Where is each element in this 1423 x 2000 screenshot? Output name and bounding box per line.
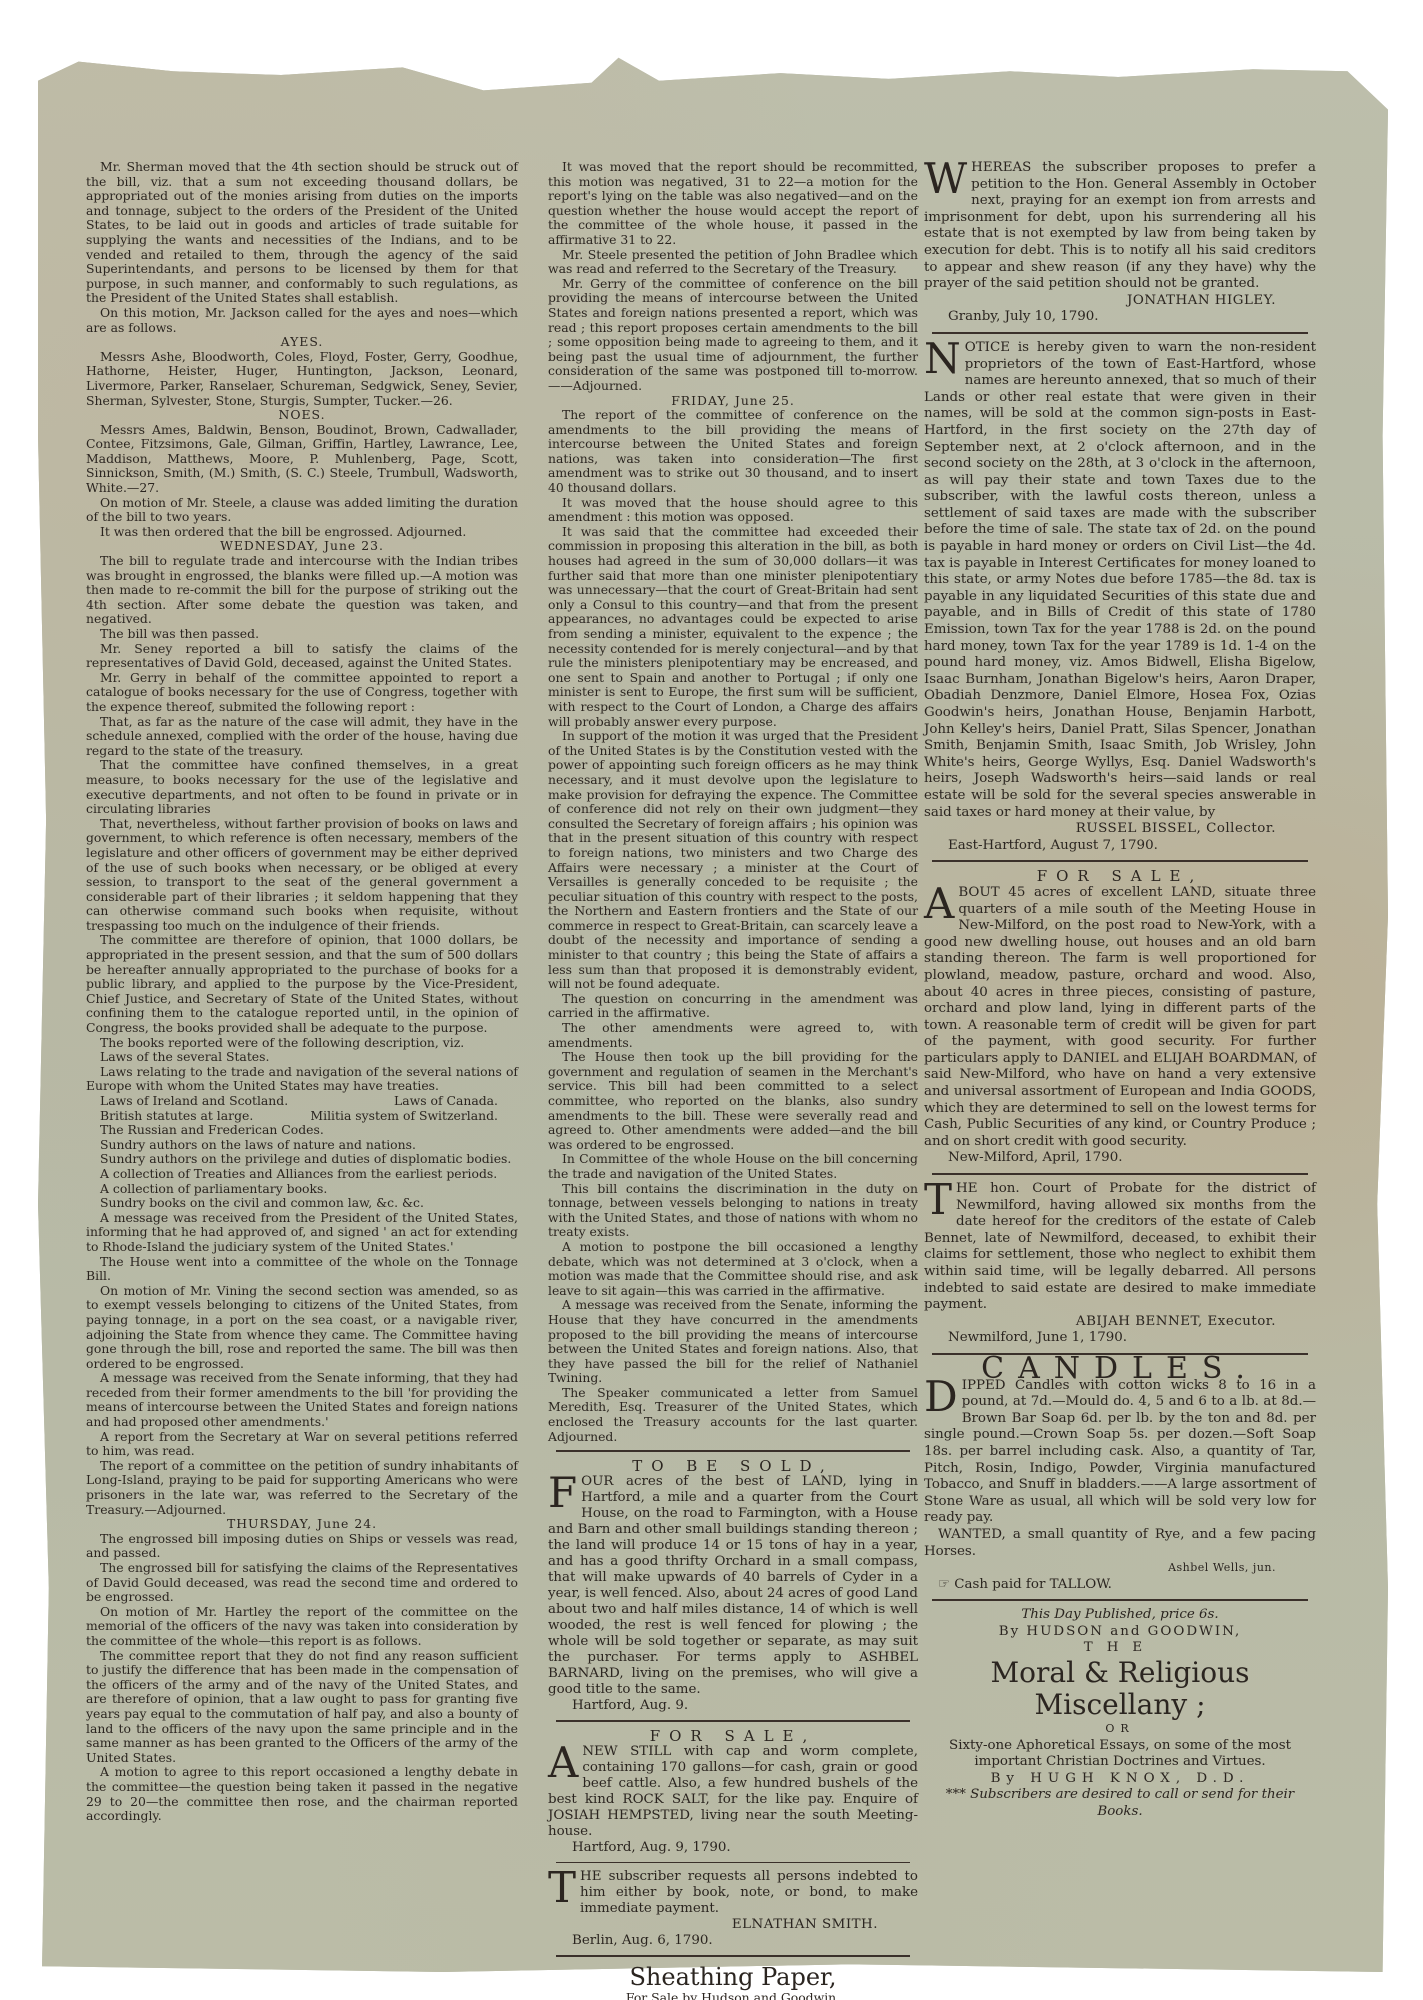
paragraph: The bill was then passed. — [86, 627, 518, 642]
ad-article: THE — [924, 1640, 1316, 1657]
paragraph: A message was received from the Presiden… — [86, 1211, 518, 1255]
ad-body: OUR acres of the best of LAND, lying in … — [548, 1474, 918, 1697]
book-item: Sundry books on the civil and common law… — [86, 1196, 518, 1211]
paragraph: Mr. Gerry of the committee of conference… — [548, 277, 918, 394]
ayes-list: Messrs Ashe, Bloodworth, Coles, Floyd, F… — [86, 350, 518, 408]
paragraph: The report of the committee of conferenc… — [548, 408, 918, 496]
book-item: Laws of the several States. — [86, 1050, 518, 1065]
paragraph: The engrossed bill for satisfying the cl… — [86, 1561, 518, 1605]
drop-cap: T — [548, 1871, 576, 1905]
divider — [932, 1599, 1308, 1601]
divider — [932, 1173, 1308, 1175]
book-item: Sundry authors on the laws of nature and… — [86, 1138, 518, 1153]
ad-body: IPPED Candles with cotton wicks 8 to 16 … — [924, 1378, 1316, 1526]
paragraph: That the committee have confined themsel… — [86, 758, 518, 816]
paragraph: The bill to regulate trade and intercour… — [86, 554, 518, 627]
ad-dateline: Berlin, Aug. 6, 1790. — [548, 1933, 918, 1949]
book-item: British statutes at large. — [100, 1109, 253, 1124]
ad-or: OR — [924, 1721, 1316, 1738]
paragraph: On motion of Mr. Steele, a clause was ad… — [86, 496, 518, 525]
paragraph: The committee report that they do not fi… — [86, 1649, 518, 1766]
ad-announcement: This Day Published, price 6s. — [924, 1607, 1316, 1624]
book-title: Moral & Religious Miscellany ; — [924, 1657, 1316, 1721]
paragraph: The House then took up the bill providin… — [548, 1050, 918, 1152]
ad-subheading: For Sale by Hudson and Goodwin. — [548, 1991, 918, 2000]
date-heading-thursday: THURSDAY, June 24. — [86, 1517, 518, 1532]
ad-heading: FOR SALE, — [548, 1728, 918, 1744]
ad-still-for-sale: FOR SALE, ANEW STILL with cap and worm c… — [548, 1728, 918, 1856]
date-heading-wednesday: WEDNESDAY, June 23. — [86, 539, 518, 554]
ad-sheathing-paper: Sheathing Paper, For Sale by Hudson and … — [548, 1963, 918, 2000]
paragraph: The engrossed bill imposing duties on Sh… — [86, 1532, 518, 1561]
drop-cap: A — [548, 1746, 578, 1780]
ad-tax-notice: NOTICE is hereby given to warn the non-r… — [924, 340, 1316, 854]
ad-wanted: WANTED, a small quantity of Rye, and a f… — [924, 1527, 1316, 1560]
book-item: A collection of Treaties and Alliances f… — [86, 1167, 518, 1182]
ad-heading: TO BE SOLD, — [548, 1458, 918, 1474]
ad-dateline: East-Hartford, August 7, 1790. — [924, 838, 1316, 855]
paragraph: In Committee of the whole House on the b… — [548, 1152, 918, 1181]
paragraph: Mr. Steele presented the petition of Joh… — [548, 248, 918, 277]
ad-book-publication: This Day Published, price 6s. By HUDSON … — [924, 1607, 1316, 1820]
ad-debt-notice: THE subscriber requests all persons inde… — [548, 1869, 918, 1949]
paragraph: This bill contains the discrimination in… — [548, 1182, 918, 1240]
ad-body-wrapper: WHEREAS the subscriber proposes to prefe… — [924, 160, 1316, 293]
ad-body-wrapper: DIPPED Candles with cotton wicks 8 to 16… — [924, 1378, 1316, 1527]
column-advertisements: WHEREAS the subscriber proposes to prefe… — [924, 160, 1316, 1821]
book-subtitle: Sixty-one Aphoretical Essays, on some of… — [924, 1738, 1316, 1771]
ad-tallow-line: ☞ Cash paid for TALLOW. — [924, 1577, 1316, 1594]
drop-cap: A — [924, 887, 954, 921]
paragraph: It was moved that the house should agree… — [548, 496, 918, 525]
book-list-intro: The books reported were of the following… — [86, 1036, 518, 1051]
ad-petition-higley: WHEREAS the subscriber proposes to prefe… — [924, 160, 1316, 326]
book-list: The books reported were of the following… — [86, 1036, 518, 1211]
book-item: Laws of Canada. — [394, 1094, 498, 1109]
divider — [556, 1862, 910, 1863]
drop-cap: F — [548, 1476, 577, 1510]
drop-cap: N — [924, 342, 961, 376]
column-congress-proceedings-1: Mr. Sherman moved that the 4th section s… — [86, 160, 518, 1824]
ad-signature: JONATHAN HIGLEY. — [924, 293, 1316, 310]
date-heading-friday: FRIDAY, June 25. — [548, 394, 918, 409]
paragraph: It was then ordered that the bill be eng… — [86, 525, 518, 540]
paragraph: A message was received from the Senate i… — [86, 1371, 518, 1429]
paragraph: It was said that the committee had excee… — [548, 525, 918, 729]
paragraph: Mr. Seney reported a bill to satisfy the… — [86, 642, 518, 671]
ad-body: NEW STILL with cap and worm complete, co… — [548, 1744, 918, 1839]
ad-heading: FOR SALE, — [924, 868, 1316, 885]
paragraph: A report from the Secretary at War on se… — [86, 1430, 518, 1459]
paragraph: The other amendments were agreed to, wit… — [548, 1021, 918, 1050]
ad-body-wrapper: NOTICE is hereby given to warn the non-r… — [924, 340, 1316, 821]
divider — [932, 332, 1308, 334]
divider — [556, 1955, 910, 1957]
divider — [932, 860, 1308, 862]
ad-dateline: Hartford, Aug. 9. — [548, 1698, 918, 1714]
paragraph: A motion to postpone the bill occasioned… — [548, 1240, 918, 1298]
ad-dateline: Newmilford, June 1, 1790. — [924, 1330, 1316, 1347]
ad-heading: Sheathing Paper, — [548, 1963, 918, 1991]
ad-body-wrapper: ANEW STILL with cap and worm complete, c… — [548, 1744, 918, 1840]
paragraph: On this motion, Mr. Jackson called for t… — [86, 306, 518, 335]
ad-body-wrapper: ABOUT 45 acres of excellent LAND, situat… — [924, 885, 1316, 1151]
noes-heading: NOES. — [86, 408, 518, 423]
ad-body: OTICE is hereby given to warn the non-re… — [924, 340, 1316, 820]
book-item-pair: British statutes at large. Militia syste… — [86, 1109, 518, 1124]
ad-body-wrapper: THE subscriber requests all persons inde… — [548, 1869, 918, 1917]
paragraph: On motion of Mr. Hartley the report of t… — [86, 1605, 518, 1649]
paragraph: Mr. Sherman moved that the 4th section s… — [86, 160, 518, 306]
ad-signature: Ashbel Wells, jun. — [924, 1560, 1316, 1577]
ad-boardman-land: FOR SALE, ABOUT 45 acres of excellent LA… — [924, 868, 1316, 1167]
paragraph: On motion of Mr. Vining the second secti… — [86, 1284, 518, 1372]
ad-dateline: Granby, July 10, 1790. — [924, 309, 1316, 326]
paragraph: The House went into a committee of the w… — [86, 1255, 518, 1284]
paragraph: The Speaker communicated a letter from S… — [548, 1386, 918, 1444]
paragraph: That, as far as the nature of the case w… — [86, 715, 518, 759]
drop-cap: W — [924, 162, 967, 196]
book-item: The Russian and Frederican Codes. — [86, 1123, 518, 1138]
pointing-hand-icon: ☞ — [938, 1577, 950, 1592]
paragraph: The question on concurring in the amendm… — [548, 992, 918, 1021]
ad-candles: CANDLES. DIPPED Candles with cotton wick… — [924, 1361, 1316, 1593]
ad-dateline: New-Milford, April, 1790. — [924, 1150, 1316, 1167]
paragraph: The committee are therefore of opinion, … — [86, 933, 518, 1035]
ad-body-wrapper: THE hon. Court of Probate for the distri… — [924, 1181, 1316, 1314]
ad-probate-notice: THE hon. Court of Probate for the distri… — [924, 1181, 1316, 1347]
ad-body: BOUT 45 acres of excellent LAND, situate… — [924, 885, 1316, 1149]
ad-signature: RUSSEL BISSEL, Collector. — [924, 821, 1316, 838]
noes-list: Messrs Ames, Baldwin, Benson, Boudinot, … — [86, 423, 518, 496]
drop-cap: T — [924, 1183, 952, 1217]
book-item-pair: Laws of Ireland and Scotland. Laws of Ca… — [86, 1094, 518, 1109]
book-item: A collection of parliamentary books. — [86, 1182, 518, 1197]
paragraph: The report of a committee on the petitio… — [86, 1459, 518, 1517]
book-item: Sundry authors on the privilege and duti… — [86, 1152, 518, 1167]
ad-body: HEREAS the subscriber proposes to prefer… — [924, 160, 1316, 291]
paragraph: A motion to agree to this report occasio… — [86, 1765, 518, 1823]
book-author: By HUGH KNOX, D.D. — [924, 1771, 1316, 1788]
paragraph: Mr. Gerry in behalf of the committee app… — [86, 671, 518, 715]
ad-subscriber-note: *** Subscribers are desired to call or s… — [924, 1787, 1316, 1820]
ayes-heading: AYES. — [86, 335, 518, 350]
book-item: Militia system of Switzerland. — [310, 1109, 498, 1124]
paragraph: In support of the motion it was urged th… — [548, 729, 918, 992]
ad-signature: ELNATHAN SMITH. — [548, 1917, 918, 1933]
book-item: Laws relating to the trade and navigatio… — [86, 1065, 518, 1094]
divider — [556, 1720, 910, 1722]
ad-dateline: Hartford, Aug. 9, 1790. — [548, 1840, 918, 1856]
ad-signature: ABIJAH BENNET, Executor. — [924, 1314, 1316, 1331]
ad-land-for-sale: TO BE SOLD, FOUR acres of the best of LA… — [548, 1458, 918, 1714]
ad-body-wrapper: FOUR acres of the best of LAND, lying in… — [548, 1474, 918, 1698]
divider — [556, 1450, 910, 1452]
ad-body: HE hon. Court of Probate for the distric… — [924, 1181, 1316, 1312]
paragraph: It was moved that the report should be r… — [548, 160, 918, 248]
ad-tallow: Cash paid for TALLOW. — [954, 1577, 1112, 1592]
paragraph: A message was received from the Senate, … — [548, 1298, 918, 1386]
ad-body: HE subscriber requests all persons indeb… — [580, 1869, 918, 1916]
ad-heading: CANDLES. — [924, 1361, 1316, 1378]
column-congress-proceedings-2: It was moved that the report should be r… — [548, 160, 918, 2000]
paragraph: That, nevertheless, without farther prov… — [86, 817, 518, 934]
ad-publisher: By HUDSON and GOODWIN, — [924, 1624, 1316, 1641]
book-item: Laws of Ireland and Scotland. — [100, 1094, 288, 1109]
drop-cap: D — [924, 1380, 958, 1414]
